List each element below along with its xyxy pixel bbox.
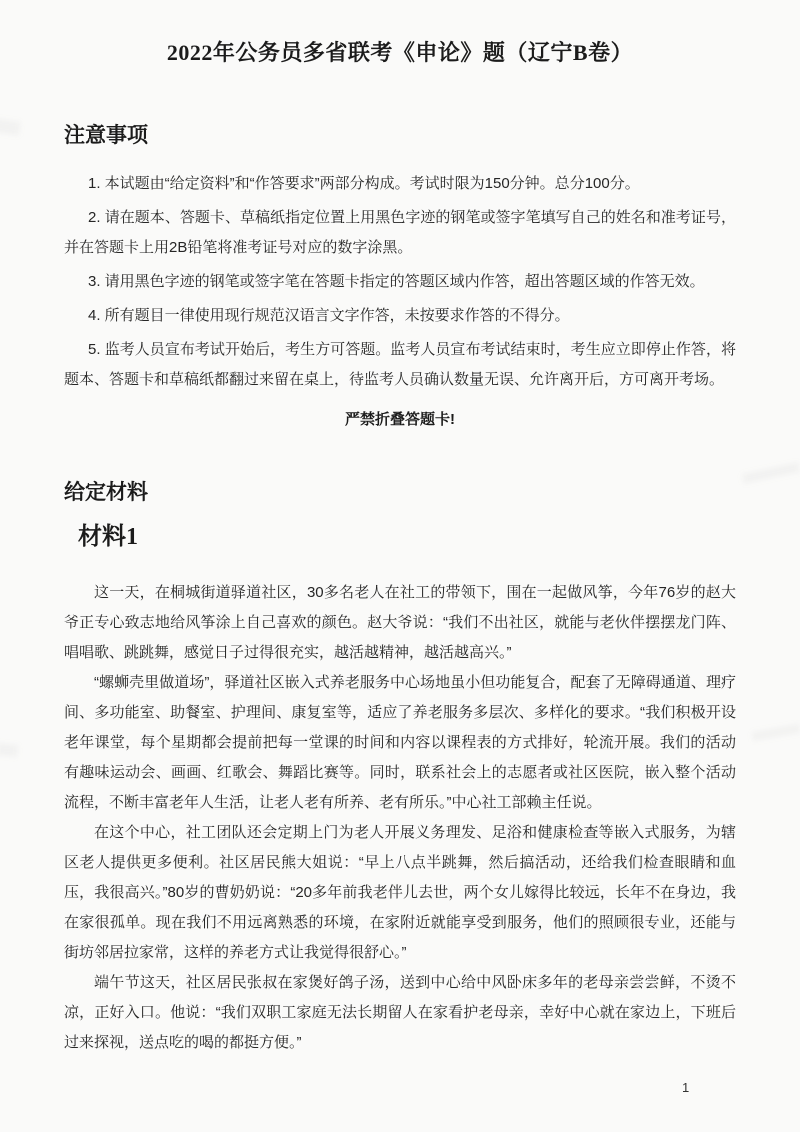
notice-item-4: 4. 所有题目一律使用现行规范汉语言文字作答，未按要求作答的不得分。 — [64, 301, 736, 331]
material-paragraph-4: 端午节这天，社区居民张叔在家煲好鸽子汤，送到中心给中风卧床多年的老母亲尝尝鲜，不… — [64, 968, 736, 1058]
notice-item-1: 1. 本试题由“给定资料”和“作答要求”两部分构成。考试时限为150分钟。总分1… — [64, 169, 736, 199]
material-1-body: 这一天，在桐城街道驿道社区，30多名老人在社工的带领下，围在一起做风筝，今年76… — [64, 578, 736, 1058]
answer-sheet-warning: 严禁折叠答题卡! — [64, 407, 736, 433]
exam-document-page: 2022年公务员多省联考《申论》题（辽宁B卷） 注意事项 1. 本试题由“给定资… — [0, 0, 800, 1132]
notice-section-heading: 注意事项 — [64, 122, 736, 149]
scan-smudge — [0, 118, 21, 135]
scan-smudge — [752, 724, 800, 741]
materials-section-heading: 给定材料 — [64, 479, 736, 506]
scan-smudge — [742, 462, 800, 484]
document-title: 2022年公务员多省联考《申论》题（辽宁B卷） — [64, 38, 736, 68]
material-paragraph-1: 这一天，在桐城街道驿道社区，30多名老人在社工的带领下，围在一起做风筝，今年76… — [64, 578, 736, 668]
page-number: 1 — [682, 1080, 689, 1095]
material-paragraph-3: 在这个中心，社工团队还会定期上门为老人开展义务理发、足浴和健康检查等嵌入式服务，… — [64, 818, 736, 968]
material-paragraph-2: “螺蛳壳里做道场”，驿道社区嵌入式养老服务中心场地虽小但功能复合，配套了无障碍通… — [64, 668, 736, 818]
notice-item-2: 2. 请在题本、答题卡、草稿纸指定位置上用黑色字迹的钢笔或签字笔填写自己的姓名和… — [64, 203, 736, 263]
notice-list: 1. 本试题由“给定资料”和“作答要求”两部分构成。考试时限为150分钟。总分1… — [64, 169, 736, 395]
notice-item-3: 3. 请用黑色字迹的钢笔或签字笔在答题卡指定的答题区域内作答，超出答题区域的作答… — [64, 267, 736, 297]
material-1-subheading: 材料1 — [78, 522, 736, 552]
scan-smudge — [0, 743, 19, 757]
notice-item-5: 5. 监考人员宣布考试开始后，考生方可答题。监考人员宣布考试结束时，考生应立即停… — [64, 335, 736, 395]
